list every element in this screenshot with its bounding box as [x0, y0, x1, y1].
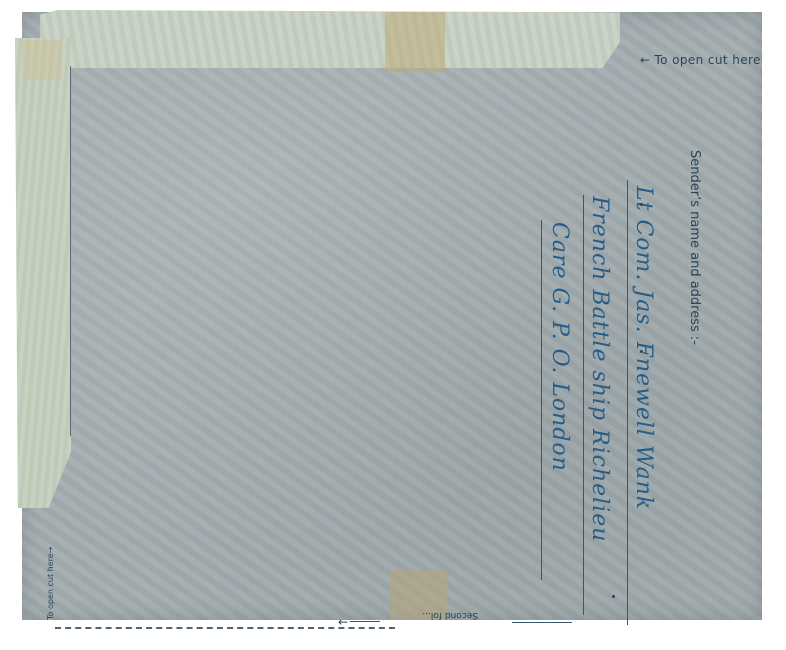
top-flap	[40, 10, 620, 68]
dot-mark	[612, 595, 615, 598]
cut-dashed-line	[55, 627, 395, 629]
tape-patch-top	[385, 12, 445, 72]
dot-mark	[640, 203, 643, 206]
address-rule-1	[627, 180, 628, 625]
open-cut-here-top: ←To open cut here	[640, 53, 761, 67]
tape-patch-top-left	[22, 40, 62, 80]
fold-line-right	[512, 622, 572, 623]
left-flap-edge	[70, 66, 71, 436]
dot-mark	[640, 350, 643, 353]
handwritten-name: Lt Com. Jas. Fnewell Wank	[631, 186, 656, 510]
handwritten-care-of: Care G. P. O. London	[547, 222, 572, 472]
fold-line-left	[350, 621, 380, 622]
address-rule-3	[541, 220, 542, 580]
second-fold-label: Second fol...	[422, 610, 478, 620]
sender-label: Sender’s name and address :-	[687, 150, 702, 345]
left-flap	[15, 38, 71, 508]
arrow-left-icon: ←	[640, 53, 650, 67]
address-rule-2	[583, 195, 584, 615]
open-cut-here-top-text: To open cut here	[654, 53, 760, 67]
aerogramme-scan: ←To open cut here Sender’s name and addr…	[0, 0, 786, 650]
handwritten-ship: French Battle ship Richelieu	[587, 196, 612, 542]
open-cut-here-left: To open cut here→	[46, 547, 55, 620]
